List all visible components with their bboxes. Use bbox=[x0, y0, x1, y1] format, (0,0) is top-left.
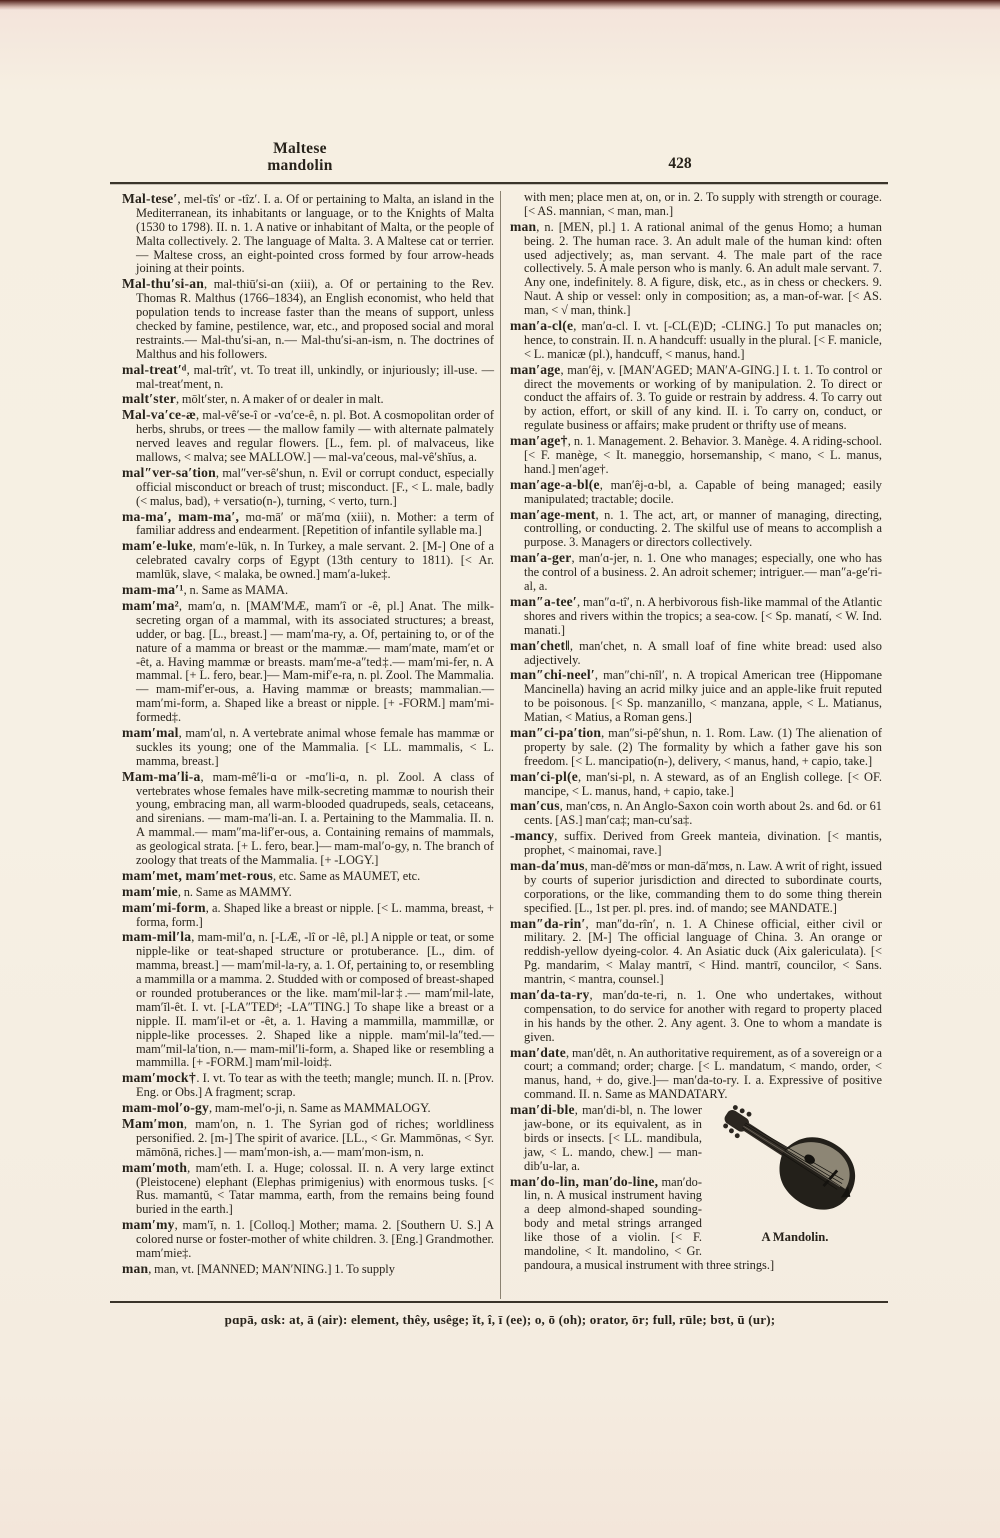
headword: man′chet‖ bbox=[510, 638, 570, 653]
entry-body: , mam-mil′ɑ, n. [-LÆ, -lî or -lê, pl.] A… bbox=[136, 930, 494, 1069]
dictionary-entry: mam-mil′la, mam-mil′ɑ, n. [-LÆ, -lî or -… bbox=[122, 929, 494, 1070]
dictionary-entry: man′a-ger, man′ɑ-jer, n. 1. One who mana… bbox=[510, 550, 882, 594]
dictionary-entry: mam′mal, mam′ɑl, n. A vertebrate animal … bbox=[122, 725, 494, 769]
dictionary-entry: ma-ma′, mam-ma′, mɑ-mā′ or mā′mɑ (xiii),… bbox=[122, 509, 494, 539]
entry-body: , mam-mê′li-ɑ or -mɑ′li-ɑ, n. pl. Zool. … bbox=[136, 770, 494, 867]
entry-body: , man′dêt, n. An authoritative requireme… bbox=[524, 1046, 882, 1102]
headword: mal-treat′ᵈ bbox=[122, 362, 187, 377]
entry-body: , n. 1. Management. 2. Behavior. 3. Manè… bbox=[524, 434, 882, 476]
dictionary-entry: man″da-rin′, man″dɑ-rîn′, n. 1. A Chines… bbox=[510, 916, 882, 987]
dictionary-entry: man′chet‖, man′chet, n. A small loaf of … bbox=[510, 638, 882, 668]
dictionary-entry: mam′met, mam′met-rous, etc. Same as MAUM… bbox=[122, 868, 494, 884]
headword: mam′mal bbox=[122, 725, 179, 740]
dictionary-entry: A Mandolin. man′di-ble, man′di-bl, n. Th… bbox=[510, 1102, 882, 1173]
header-rule bbox=[110, 182, 888, 184]
entry-body: , man″ɑ-tî′, n. A herbivorous fish-like … bbox=[524, 595, 882, 637]
dictionary-entry: mam′ma², mam′ɑ, n. [MAM′MÆ, mam′î or -ê,… bbox=[122, 598, 494, 725]
dictionary-entry: with men; place men at, on, or in. 2. To… bbox=[510, 191, 882, 219]
headword: man′da-ta-ry bbox=[510, 987, 589, 1002]
mandolin-figure: A Mandolin. bbox=[708, 1102, 882, 1244]
headword: man′age† bbox=[510, 433, 568, 448]
headword: mam′met, mam′met-rous bbox=[122, 868, 273, 883]
dictionary-entry: mam′e-luke, mɑm′e-lūk, n. In Turkey, a m… bbox=[122, 538, 494, 582]
headword: man′cus bbox=[510, 798, 560, 813]
dictionary-entry: malt′ster, mōlt′ster, n. A maker of or d… bbox=[122, 391, 494, 407]
headword: malt′ster bbox=[122, 391, 176, 406]
headword: man′a-ger bbox=[510, 550, 572, 565]
entry-body: , mam′ĭ, n. 1. [Colloq.] Mother; mama. 2… bbox=[136, 1218, 494, 1260]
headword: Mal-tese′ bbox=[122, 191, 177, 206]
headword: -mancy bbox=[510, 828, 554, 843]
headword: man″da-rin′ bbox=[510, 916, 585, 931]
entry-body: with men; place men at, on, or in. 2. To… bbox=[524, 191, 882, 218]
headword: man″ci-pa′tion bbox=[510, 725, 601, 740]
headword: mam′mi-form bbox=[122, 900, 206, 915]
entry-body: , man′chet, n. A small loaf of fine whit… bbox=[524, 639, 882, 667]
page-number: 428 bbox=[620, 155, 740, 173]
dictionary-entry: mam′my, mam′ĭ, n. 1. [Colloq.] Mother; m… bbox=[122, 1217, 494, 1261]
entry-body: , man, vt. [MANNED; MAN′NING.] 1. To sup… bbox=[148, 1262, 395, 1276]
illustration-caption: A Mandolin. bbox=[708, 1230, 882, 1244]
dictionary-entry: man″ci-pa′tion, man″si-pê′shun, n. 1. Ro… bbox=[510, 725, 882, 769]
headword: man″a-tee′ bbox=[510, 594, 577, 609]
dictionary-entry: man′da-ta-ry, man′dɑ-te-ri, n. 1. One wh… bbox=[510, 987, 882, 1045]
right-column: with men; place men at, on, or in. 2. To… bbox=[500, 191, 882, 1299]
headword: Mal-thu′si-an bbox=[122, 276, 204, 291]
dictionary-entry: -mancy, suffix. Derived from Greek mante… bbox=[510, 828, 882, 858]
headword: mam-ma′¹ bbox=[122, 582, 184, 597]
headword: Mam′mon bbox=[122, 1116, 184, 1131]
dictionary-entry: man′ci-pl(e, man′si-pl, n. A steward, as… bbox=[510, 769, 882, 799]
headword: man′di-ble bbox=[510, 1102, 575, 1117]
dictionary-entry: Mal-va′ce-æ, mal-vê′se-î or -vɑ′ce-ê, n.… bbox=[122, 407, 494, 465]
headword: man′a-cl(e bbox=[510, 318, 573, 333]
dictionary-entry: mam′mock†. I. vt. To tear as with the te… bbox=[122, 1070, 494, 1100]
dictionary-entry: man, man, vt. [MANNED; MAN′NING.] 1. To … bbox=[122, 1261, 494, 1277]
headword: man bbox=[510, 219, 536, 234]
dictionary-entry: man′age†, n. 1. Management. 2. Behavior.… bbox=[510, 433, 882, 477]
dictionary-entry: Mal-thu′si-an, mal-thiū′si-ɑn (xiii), a.… bbox=[122, 276, 494, 361]
pronunciation-key: pɑpā, ɑsk: at, ā (air): element, thêy, u… bbox=[118, 1312, 882, 1328]
dictionary-entry: man′age, man′êj, v. [MAN′AGED; MAN′A-GIN… bbox=[510, 362, 882, 433]
headword: mam′mock† bbox=[122, 1070, 196, 1085]
headword: mal″ver-sa′tion bbox=[122, 465, 216, 480]
dictionary-entry: man′a-cl(e, man′ɑ-cl. I. vt. [-CL(E)D; -… bbox=[510, 318, 882, 362]
left-column: Mal-tese′, mel-tîs′ or -tîz′. I. a. Of o… bbox=[122, 191, 500, 1299]
dictionary-entry: mal″ver-sa′tion, mal″ver-sê′shun, n. Evi… bbox=[122, 465, 494, 509]
running-head: Maltese mandolin bbox=[180, 140, 420, 175]
headword: mam′moth bbox=[122, 1160, 187, 1175]
text-columns: Mal-tese′, mel-tîs′ or -tîz′. I. a. Of o… bbox=[122, 191, 882, 1299]
entry-body: , mam′on, n. 1. The Syrian god of riches… bbox=[136, 1117, 494, 1159]
dictionary-entry: man, n. [MEN, pl.] 1. A rational animal … bbox=[510, 219, 882, 318]
dictionary-entry: man-da′mus, man-dê′mʊs or mɑn-dā′mʊs, n.… bbox=[510, 858, 882, 916]
dictionary-entry: mam′moth, mam′eth. I. a. Huge; colossal.… bbox=[122, 1160, 494, 1218]
entry-body: , man′ɑ-cl. I. vt. [-CL(E)D; -CLING.] To… bbox=[524, 319, 882, 361]
entry-body: , mam′ɑl, n. A vertebrate animal whose f… bbox=[136, 726, 494, 768]
entry-body: , man′ɑ-jer, n. 1. One who manages; espe… bbox=[524, 551, 882, 593]
headword: man bbox=[122, 1261, 148, 1276]
headword: man″chi-neel′ bbox=[510, 667, 595, 682]
entry-body: , mel-tîs′ or -tîz′. I. a. Of or pertain… bbox=[136, 192, 494, 275]
dictionary-entry: mal-treat′ᵈ, mal-trît′, vt. To treat ill… bbox=[122, 362, 494, 392]
dictionary-entry: mam-ma′¹, n. Same as MAMA. bbox=[122, 582, 494, 598]
footer-rule bbox=[110, 1301, 888, 1303]
entry-body: , suffix. Derived from Greek manteia, di… bbox=[524, 829, 882, 857]
dictionary-entry: man″chi-neel′, man″chi-nîl′, n. A tropic… bbox=[510, 667, 882, 725]
dictionary-entry: mam′mie, n. Same as MAMMY. bbox=[122, 884, 494, 900]
headword: mam′my bbox=[122, 1217, 175, 1232]
entry-body: , mal-trît′, vt. To treat ill, unkindly,… bbox=[136, 363, 494, 391]
mandolin-illustration-icon bbox=[710, 1102, 880, 1232]
headword: mam′e-luke bbox=[122, 538, 193, 553]
dictionary-entry: man′age-ment, n. 1. The act, art, or man… bbox=[510, 507, 882, 551]
entry-body: , etc. Same as MAUMET, etc. bbox=[273, 869, 420, 883]
entry-body: , n. Same as MAMMY. bbox=[178, 885, 292, 899]
headword: man′ci-pl(e bbox=[510, 769, 578, 784]
headword: mam′mie bbox=[122, 884, 178, 899]
headword: Mal-va′ce-æ bbox=[122, 407, 196, 422]
entry-body: , n. Same as MAMA. bbox=[184, 583, 288, 597]
dictionary-entry: man″a-tee′, man″ɑ-tî′, n. A herbivorous … bbox=[510, 594, 882, 638]
dictionary-entry: man′date, man′dêt, n. An authoritative r… bbox=[510, 1045, 882, 1103]
headword: man′age-a-bl(e bbox=[510, 477, 600, 492]
headword: ma-ma′, mam-ma′, bbox=[122, 509, 239, 524]
headword: mam-mol′o-gy bbox=[122, 1100, 209, 1115]
headword: man′do-lin, man′do-line, bbox=[510, 1174, 658, 1189]
headword: man-da′mus bbox=[510, 858, 585, 873]
entry-body: , man′si-pl, n. A steward, as of an Engl… bbox=[524, 770, 882, 798]
dictionary-entry: Mal-tese′, mel-tîs′ or -tîz′. I. a. Of o… bbox=[122, 191, 494, 276]
dictionary-entry: man′cus, man′cʊs, n. An Anglo-Saxon coin… bbox=[510, 798, 882, 828]
dictionary-entry: mam′mi-form, a. Shaped like a breast or … bbox=[122, 900, 494, 930]
running-head-line2: mandolin bbox=[180, 157, 420, 174]
headword: mam-mil′la bbox=[122, 929, 191, 944]
dictionary-entry: Mam′mon, mam′on, n. 1. The Syrian god of… bbox=[122, 1116, 494, 1160]
running-head-line1: Maltese bbox=[180, 140, 420, 157]
entry-body: , man′êj, v. [MAN′AGED; MAN′A-GING.] I. … bbox=[524, 363, 882, 433]
dictionary-entry: mam-mol′o-gy, mam-mel′o-ji, n. Same as M… bbox=[122, 1100, 494, 1116]
headword: man′age-ment bbox=[510, 507, 596, 522]
headword: mam′ma² bbox=[122, 598, 179, 613]
entry-body: , man′cʊs, n. An Anglo-Saxon coin worth … bbox=[524, 799, 882, 827]
entry-body: , mam′eth. I. a. Huge; colossal. II. n. … bbox=[136, 1161, 494, 1217]
headword: man′age bbox=[510, 362, 561, 377]
entry-body: , mam-mel′o-ji, n. Same as MAMMALOGY. bbox=[209, 1101, 431, 1115]
scan-edge bbox=[0, 0, 1000, 10]
entry-body: , n. [MEN, pl.] 1. A rational animal of … bbox=[524, 220, 882, 317]
dictionary-entry: man′age-a-bl(e, man′êj-ɑ-bl, a. Capable … bbox=[510, 477, 882, 507]
entry-body: , mōlt′ster, n. A maker of or dealer in … bbox=[176, 392, 384, 406]
dictionary-entry: Mam-ma′li-a, mam-mê′li-ɑ or -mɑ′li-ɑ, n.… bbox=[122, 769, 494, 868]
headword: Mam-ma′li-a bbox=[122, 769, 201, 784]
headword: man′date bbox=[510, 1045, 566, 1060]
entry-body: , mam′ɑ, n. [MAM′MÆ, mam′î or -ê, pl.] A… bbox=[136, 599, 494, 724]
